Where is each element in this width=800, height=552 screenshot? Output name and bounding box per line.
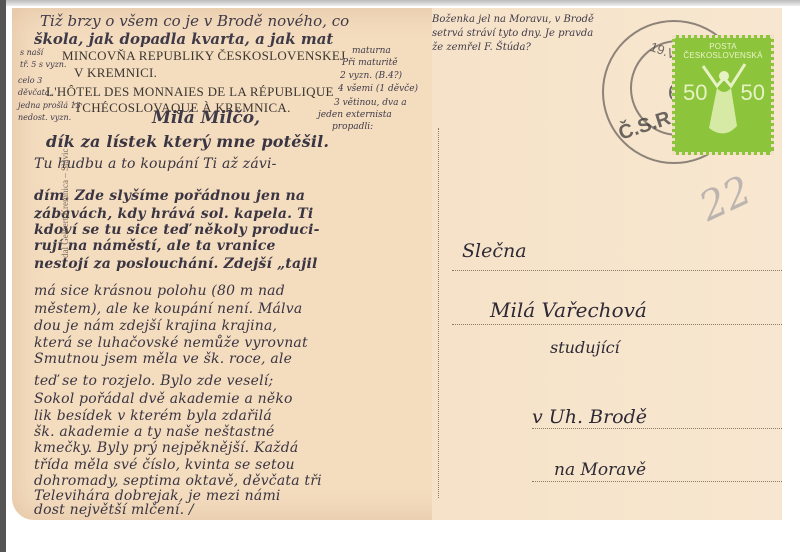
printed-header-line-1: MINCOVŇA REPUBLIKY ČESKOSLOVENSKEJ <box>62 48 345 64</box>
left-note-5: jedna prošlá 13 <box>18 101 81 110</box>
body-line: lik besídek v kterém byla zdařilá <box>34 408 272 424</box>
body-line: dou je nám zdejší krajina krajina, <box>34 318 277 334</box>
top-handwriting-line-1: Tiž brzy o všem co je v Brodě nového, co <box>40 12 349 30</box>
body-line: kmečky. Byly prý nejpěknější. Každá <box>34 440 298 456</box>
side-imprint: dal Gelbert Kremnica – Slavic <box>60 149 70 258</box>
right-note-2: Při maturitě <box>342 58 398 68</box>
right-note-7: propadli: <box>332 122 373 132</box>
stamp-figure-icon <box>695 56 753 144</box>
body-line: teď se to rozjelo. Bylo zde veselí; <box>34 373 273 389</box>
left-note-4: děvčata, <box>18 88 52 97</box>
postage-stamp: POSTA ČESKOSLOVENSKÁ 50 50 <box>672 35 774 155</box>
body-line: má sice krásnou polohu (80 m nad <box>34 283 285 299</box>
address-salutation: Slečna <box>462 240 527 262</box>
scan-edge <box>0 0 6 552</box>
body-line: rují na náměstí, ale ta vranice <box>34 238 276 254</box>
body-line: která se luhačovské nemůže vyrovnat <box>34 335 308 351</box>
left-note-3: celo 3 <box>18 76 42 85</box>
right-note-1: maturna <box>352 46 391 56</box>
top-right-note-line-3: že zemřel F. Štúda? <box>432 42 531 53</box>
body-line: nestojí za poslouchání. Zdejší „tajil <box>34 256 318 272</box>
body-line: Sokol pořádal dvě akademie a něko <box>34 391 293 407</box>
top-right-note-line-1: Boženka jel na Moravu, v Brodě <box>432 14 594 25</box>
body-line: dost největší mlčení. / <box>34 502 194 518</box>
body-line: třída měla své číslo, kvinta se setou <box>34 457 295 473</box>
printed-header-line-2: V KREMNICI. <box>74 65 157 81</box>
body-line: Tu hudbu a to koupání Ti až závi- <box>34 156 277 172</box>
postcard: Tiž brzy o všem co je v Brodě nového, co… <box>12 8 782 520</box>
body-line: Smutnou jsem měla ve šk. roce, ale <box>34 351 292 367</box>
right-note-3: 2 vyzn. (B.4?) <box>340 71 402 81</box>
address-line-2 <box>452 324 782 325</box>
top-right-note-line-2: setrvá stráví tyto dny. Je pravda <box>432 28 593 39</box>
printed-header-line-3: L'HÔTEL DES MONNAIES DE LA RÉPUBLIQUE <box>46 84 334 100</box>
left-note-2: tř. 5 s vyzn. <box>20 60 66 69</box>
address-occupation: studující <box>550 338 620 357</box>
body-line: šk. akademie a ty naše neštastné <box>34 424 275 440</box>
body-line: kdoví se tu sice teď několy produci- <box>34 222 320 238</box>
address-line-4 <box>532 481 782 482</box>
address-line-1 <box>452 270 782 271</box>
address-region: na Moravě <box>554 460 646 480</box>
body-line: dík za lístek který mne potěšil. <box>46 132 329 151</box>
top-handwriting-line-2: škola, jak dopadla kvarta, a jak mat <box>34 30 333 48</box>
greeting: Milá Milčo, <box>152 108 260 128</box>
right-note-5: 3 větinou, dva a <box>334 98 407 108</box>
right-note-6: jeden externista <box>318 110 392 120</box>
left-note-1: s naší <box>20 48 43 57</box>
body-line: dím. Zde slyšíme pořádnou jen na <box>34 188 305 204</box>
body-line: dohromady, septima oktavě, děvčata tři <box>34 473 322 489</box>
card-divider <box>438 128 439 498</box>
address-name: Milá Vařechová <box>490 298 647 322</box>
body-line: městem), ale ke koupání není. Málva <box>34 301 302 317</box>
right-note-4: 4 všemi (1 děvče) <box>338 84 418 94</box>
body-line: zábavách, kdy hrává sol. kapela. Ti <box>34 206 313 222</box>
address-line-3 <box>532 428 782 429</box>
address-town: v Uh. Brodě <box>532 406 647 428</box>
scan-top-edge <box>6 0 800 6</box>
left-note-6: nedost. vyzn. <box>18 113 71 122</box>
